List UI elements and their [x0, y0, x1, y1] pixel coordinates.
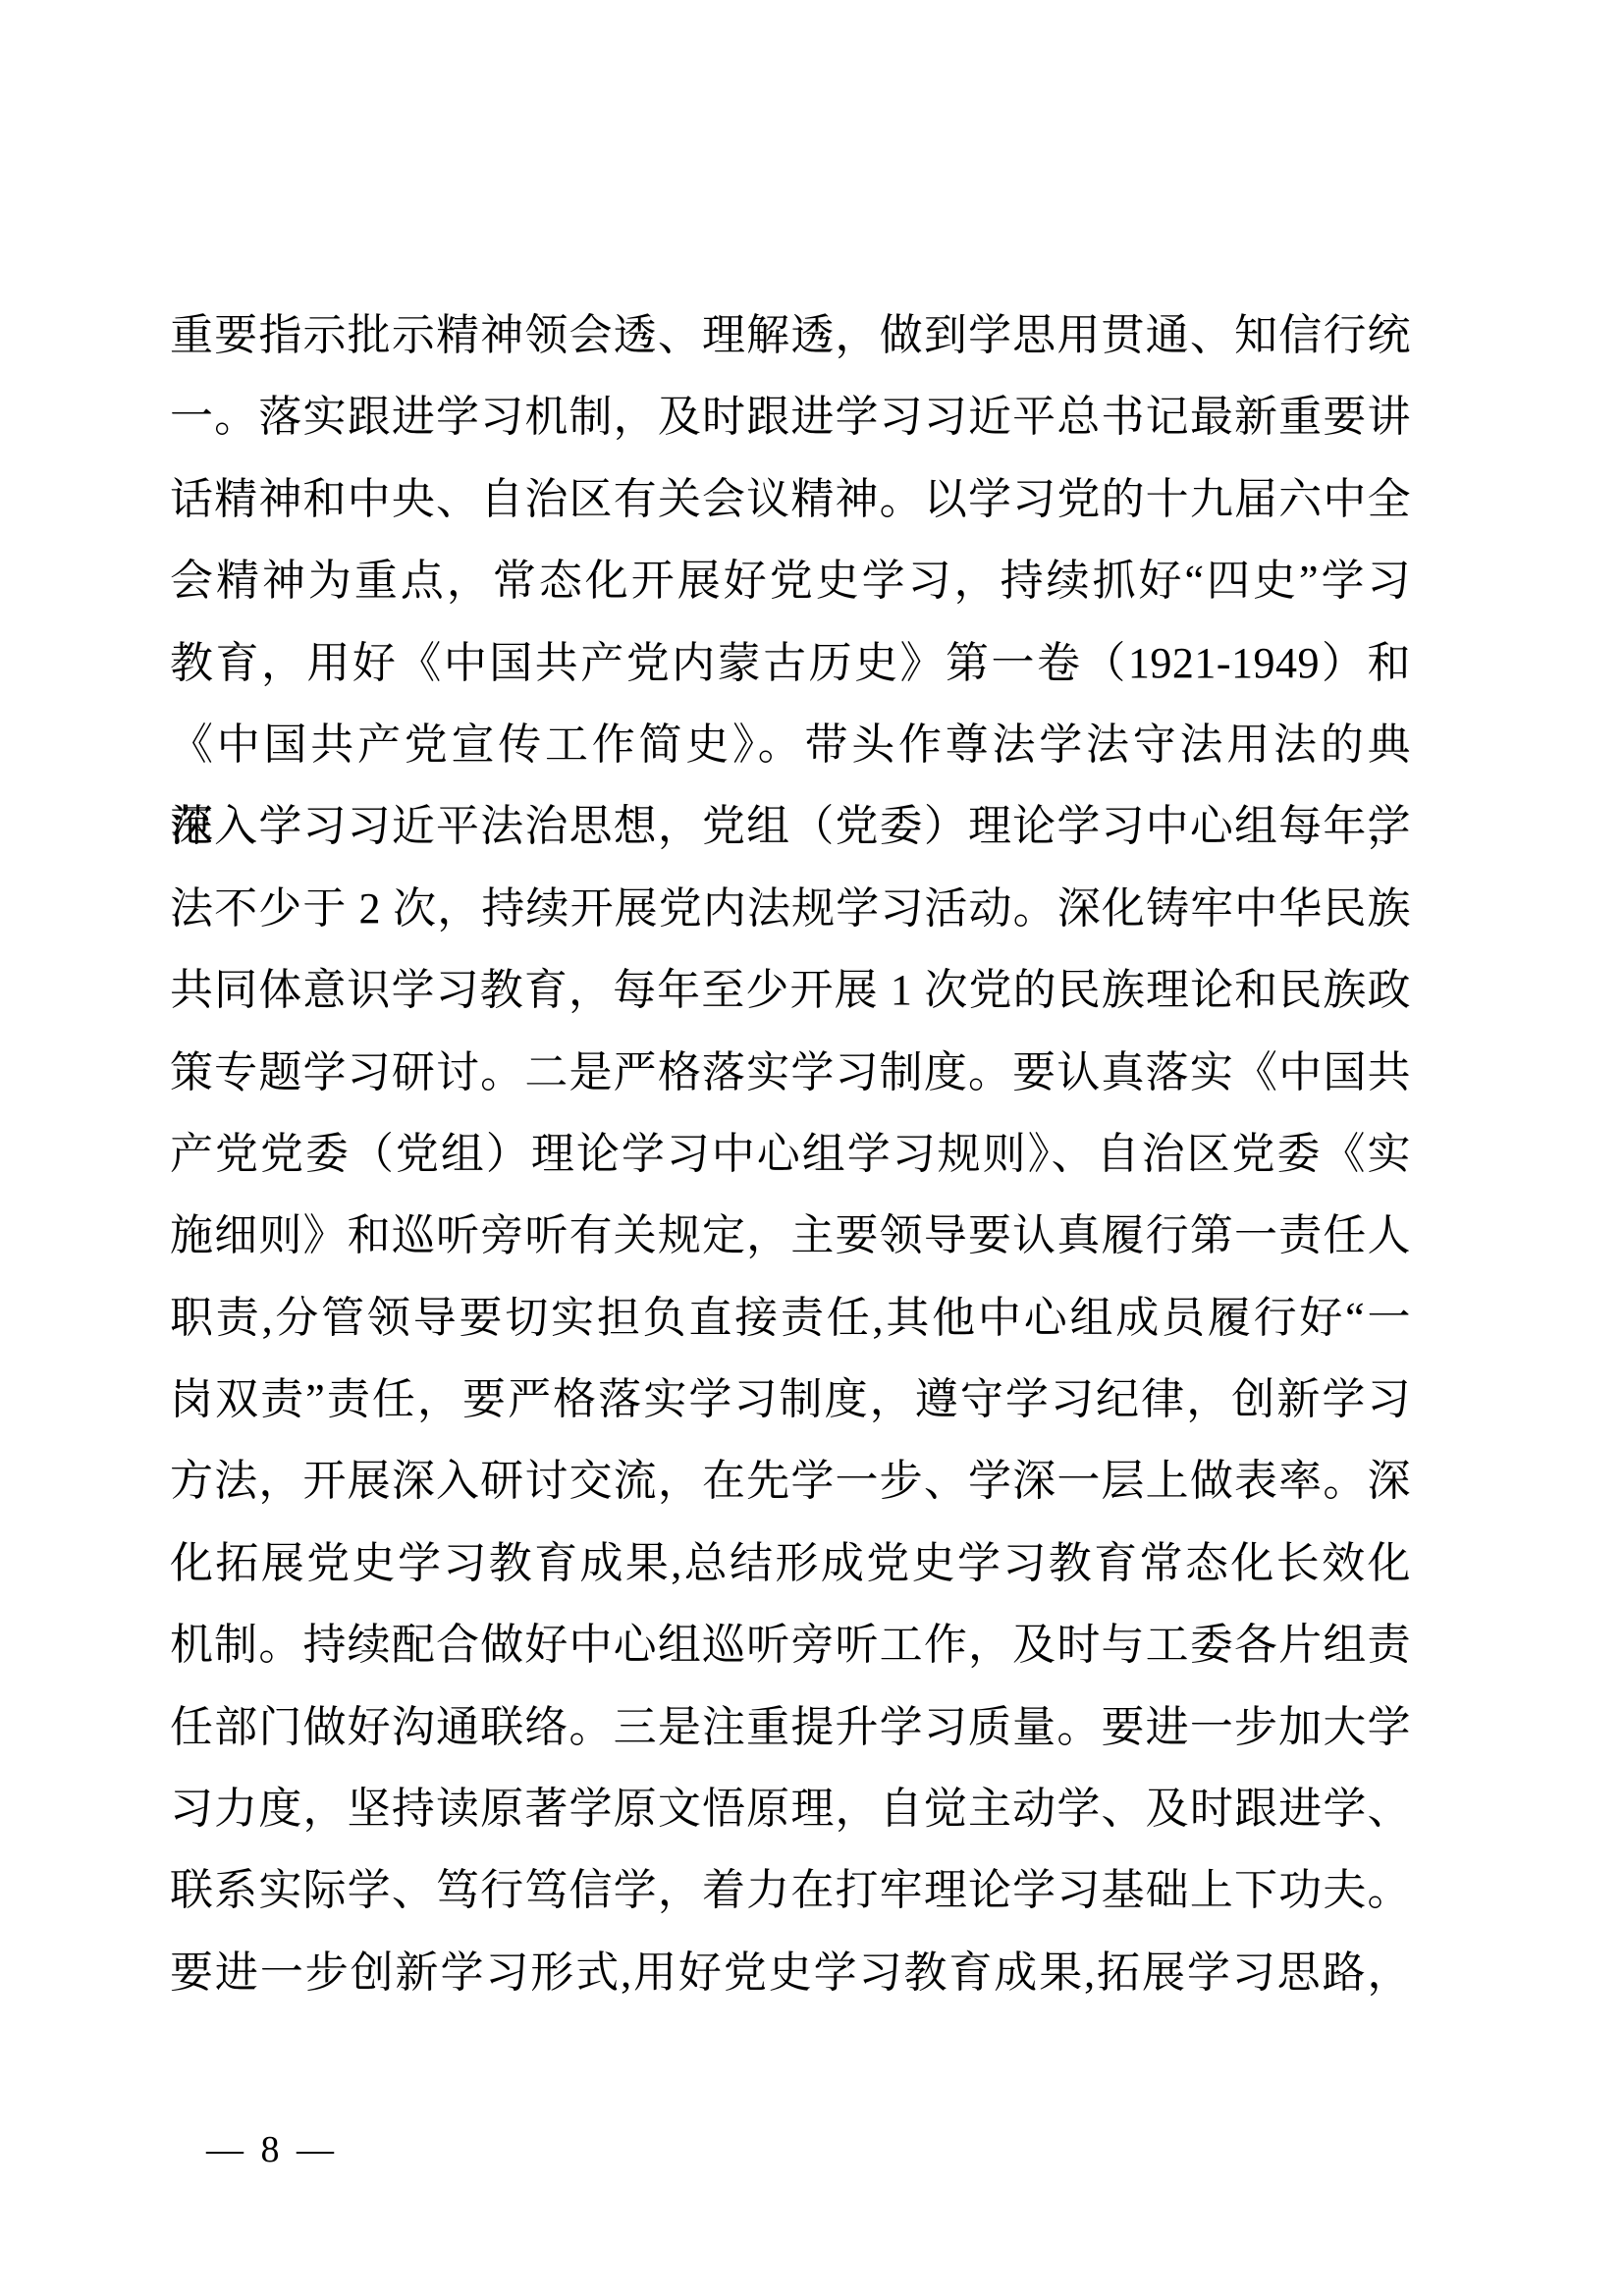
text-line: 机制。持续配合做好中心组巡听旁听工作，及时与工委各片组责: [170, 1604, 1411, 1685]
text-line: 教育，用好《中国共产党内蒙古历史》第一卷（1921-1949）和: [170, 622, 1411, 704]
document-page: 重要指示批示精神领会透、理解透，做到学思用贯通、知信行统 一。落实跟进学习机制，…: [0, 0, 1624, 2296]
text-line: 施细则》和巡听旁听有关规定，主要领导要认真履行第一责任人: [170, 1195, 1411, 1276]
text-line: 重要指示批示精神领会透、理解透，做到学思用贯通、知信行统: [170, 294, 1411, 376]
page-number: — 8 —: [206, 2128, 338, 2171]
text-line: 深入学习习近平法治思想，党组（党委）理论学习中心组每年学: [170, 785, 1411, 867]
text-line: 策专题学习研讨。二是严格落实学习制度。要认真落实《中国共: [170, 1032, 1411, 1113]
text-line: 任部门做好沟通联络。三是注重提升学习质量。要进一步加大学: [170, 1686, 1411, 1768]
text-line: 《中国共产党宣传工作简史》。带头作尊法学法守法用法的典范，: [170, 704, 1411, 785]
text-line: 会精神为重点，常态化开展好党史学习，持续抓好“四史”学习: [170, 540, 1411, 621]
text-line: 法不少于 2 次，持续开展党内法规学习活动。深化铸牢中华民族: [170, 868, 1411, 949]
text-line: 岗双责”责任，要严格落实学习制度，遵守学习纪律，创新学习: [170, 1359, 1411, 1440]
text-line: 方法，开展深入研讨交流，在先学一步、学深一层上做表率。深: [170, 1440, 1411, 1522]
text-line: 要进一步创新学习形式,用好党史学习教育成果,拓展学习思路，: [170, 1932, 1411, 2013]
text-line: 职责,分管领导要切实担负直接责任,其他中心组成员履行好“一: [170, 1277, 1411, 1359]
body-text: 重要指示批示精神领会透、理解透，做到学思用贯通、知信行统 一。落实跟进学习机制，…: [170, 294, 1411, 2013]
text-line: 联系实际学、笃行笃信学，着力在打牢理论学习基础上下功夫。: [170, 1849, 1411, 1931]
text-line: 产党党委（党组）理论学习中心组学习规则》、自治区党委《实: [170, 1113, 1411, 1195]
text-line: 习力度，坚持读原著学原文悟原理，自觉主动学、及时跟进学、: [170, 1768, 1411, 1849]
text-line: 一。落实跟进学习机制，及时跟进学习习近平总书记最新重要讲: [170, 376, 1411, 457]
text-line: 话精神和中央、自治区有关会议精神。以学习党的十九届六中全: [170, 458, 1411, 540]
text-line: 共同体意识学习教育，每年至少开展 1 次党的民族理论和民族政: [170, 949, 1411, 1031]
text-line: 化拓展党史学习教育成果,总结形成党史学习教育常态化长效化: [170, 1522, 1411, 1604]
